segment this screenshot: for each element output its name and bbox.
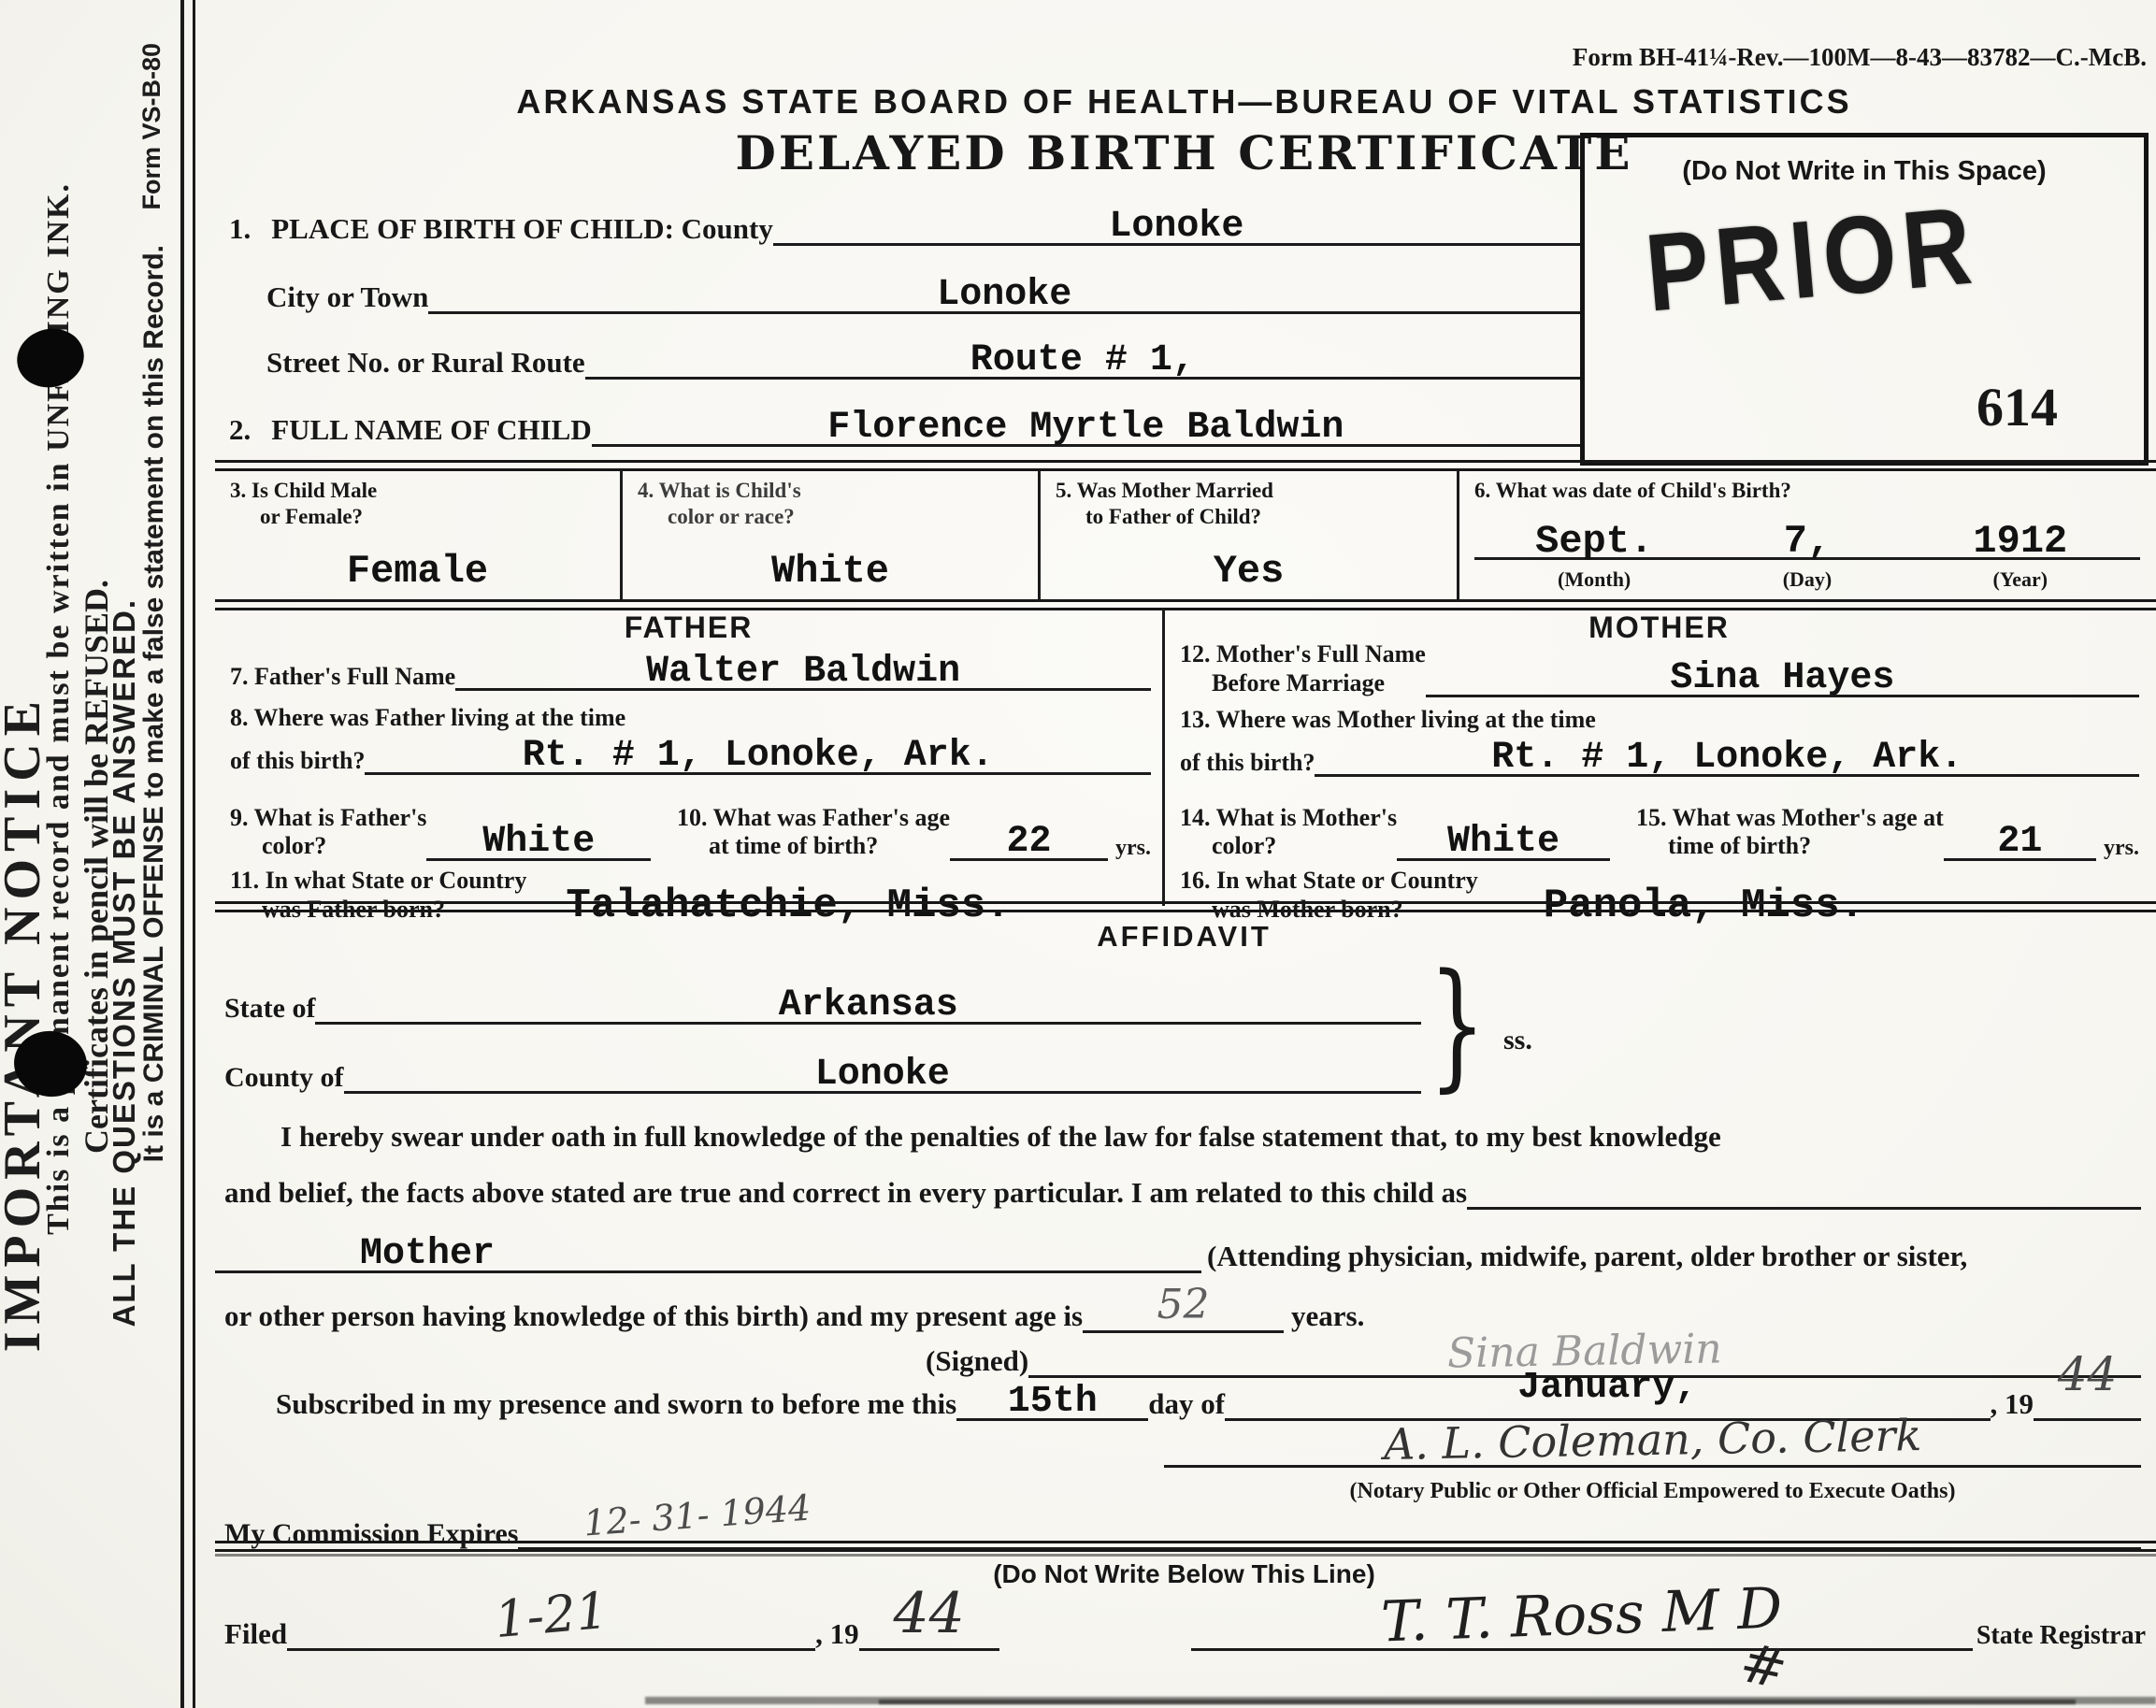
notary-caption: (Notary Public or Other Official Empower… <box>1164 1479 2141 1504</box>
q6-year-caption: (Year) <box>1901 567 2140 592</box>
county-label: PLACE OF BIRTH OF CHILD: County <box>271 212 773 246</box>
affidavit-header: AFFIDAVIT <box>215 920 2153 954</box>
q12-label-line1: 12. Mother's Full Name <box>1180 640 1426 667</box>
mother-name-row: 12. Mother's Full Name Before Marriage S… <box>1180 640 2139 697</box>
cell-birthdate: 6. What was date of Child's Birth? Sept.… <box>1457 470 2153 601</box>
street-label: Street No. or Rural Route <box>266 346 585 380</box>
notary-signature-line: A. L. Coleman, Co. Clerk <box>1164 1414 2141 1468</box>
q9-label-line2: color? <box>230 832 426 861</box>
filed-year-line: 44 <box>859 1583 999 1651</box>
county-of-label: County of <box>224 1062 344 1094</box>
hole-punch-top <box>11 322 91 395</box>
q8-label-line1: 8. Where was Father living at the time <box>230 704 625 732</box>
day-value: 15th <box>1008 1381 1098 1423</box>
q6-month-caption: (Month) <box>1474 567 1714 592</box>
commission-value: 12- 31- 1944 <box>582 1487 812 1544</box>
mother-living-label-row: 13. Where was Mother living at the time <box>1180 706 1596 734</box>
q16-label-line1: 16. In what State or Country <box>1180 867 1478 894</box>
mother-color-line: White <box>1397 816 1610 861</box>
age-line: 52 <box>1083 1283 1284 1333</box>
q11-label-line1: 11. In what State or Country <box>230 867 526 894</box>
q3-label-line1: 3. Is Child Male <box>230 479 377 502</box>
signed-label: (Signed) <box>926 1344 1028 1378</box>
notary-signature-value: A. L. Coleman, Co. Clerk <box>1383 1410 1921 1470</box>
mother-age-line: 21 <box>1944 816 2096 861</box>
day-line: 15th <box>956 1376 1148 1421</box>
affidavit-para1: I hereby swear under oath in full knowle… <box>280 1120 1721 1154</box>
do-not-write-box: (Do Not Write in This Space) PRIOR 614 <box>1580 133 2149 466</box>
q13-label-line1: 13. Where was Mother living at the time <box>1180 706 1596 734</box>
mother-color-age-row: 14. What is Mother's color? White 15. Wh… <box>1180 794 2139 861</box>
subscribed-label: Subscribed in my presence and sworn to b… <box>276 1387 956 1421</box>
q3-label-line2: or Female? <box>230 504 620 530</box>
q3-value: Female <box>215 549 620 594</box>
margin-criminal-offense-note: It is a CRIMINAL OFFENSE to make a false… <box>138 245 170 1162</box>
state-row: State of Arkansas <box>224 980 1421 1025</box>
cell-married: 5. Was Mother Married to Father of Child… <box>1038 470 1457 601</box>
month-value: January, <box>1517 1367 1697 1409</box>
father-living-row: of this birth? Rt. # 1, Lonoke, Ark. <box>230 736 1151 775</box>
city-line: Lonoke <box>428 269 1580 314</box>
q10-label-line2: at time of birth? <box>677 832 950 861</box>
registrar-signature-line: T. T. Ross M D <box>1191 1583 1973 1651</box>
parents-section: FATHER MOTHER 7. Father's Full Name Walt… <box>215 609 2153 906</box>
state-value: Arkansas <box>779 984 958 1026</box>
year-value: 44 <box>2058 1347 2118 1401</box>
q10-suffix: yrs. <box>1115 836 1151 861</box>
filed-row: Filed 1-21 , 19 44 T. T. Ross M D State … <box>224 1582 2146 1651</box>
left-border-inner-line <box>193 0 195 1708</box>
cell-sex: 3. Is Child Male or Female? Female <box>215 470 620 601</box>
state-label: State of <box>224 993 315 1025</box>
mother-age-group: 15. What was Mother's age at time of bir… <box>1636 804 2139 861</box>
relation-line: Mother <box>215 1228 1201 1273</box>
q4-label-line1: 4. What is Child's <box>638 479 801 502</box>
q8-label-line2: of this birth? <box>230 747 365 775</box>
relation-value: Mother <box>360 1233 495 1275</box>
year-line: 44 <box>2034 1364 2141 1421</box>
footer-rule <box>215 1541 2156 1552</box>
ss-brace: } <box>1429 955 1486 1094</box>
q4-label-line2: color or race? <box>638 504 1038 530</box>
county-value: Lonoke <box>1109 206 1243 248</box>
cell-race: 4. What is Child's color or race? White <box>620 470 1038 601</box>
filed-date-line: 1-21 <box>287 1589 815 1651</box>
child-name-line: Florence Myrtle Baldwin <box>592 402 1580 447</box>
affidavit-para3: (Attending physician, midwife, parent, o… <box>1207 1240 1967 1273</box>
q10-value: 22 <box>1007 821 1052 863</box>
field-2-number: 2. <box>229 413 251 447</box>
q6-day-caption: (Day) <box>1714 567 1900 592</box>
state-line: Arkansas <box>315 980 1421 1025</box>
city-label: City or Town <box>266 280 428 314</box>
q5-label-line1: 5. Was Mother Married <box>1056 479 1273 502</box>
q12-value: Sina Hayes <box>1670 657 1894 699</box>
county-of-value: Lonoke <box>815 1054 950 1096</box>
q15-value: 21 <box>1997 821 2042 863</box>
mother-birthplace-row: 16. In what State or Country was Mother … <box>1180 867 2139 924</box>
filed-date-value: 1-21 <box>492 1581 610 1649</box>
q6-label: 6. What was date of Child's Birth? <box>1474 478 2153 504</box>
mother-color-group: 14. What is Mother's color? White <box>1180 804 1610 861</box>
board-title: ARKANSAS STATE BOARD OF HEALTH—BUREAU OF… <box>215 82 2153 122</box>
city-value: Lonoke <box>937 274 1071 316</box>
father-age-group: 10. What was Father's age at time of bir… <box>677 804 1151 861</box>
margin-questions-note: ALL THE QUESTIONS MUST BE ANSWERED. <box>107 598 142 1328</box>
affidavit-para2: and belief, the facts above stated are t… <box>224 1176 1467 1210</box>
county-line: Lonoke <box>773 201 1580 246</box>
q6-day-value: 7, <box>1714 519 1900 564</box>
registrar-signature-value: T. T. Ross M D <box>1380 1576 1783 1656</box>
q4-value: White <box>623 549 1038 594</box>
do-not-write-caption: (Do Not Write in This Space) <box>1585 156 2144 187</box>
footer-rule-faint <box>215 1554 2156 1557</box>
q10-label-line1: 10. What was Father's age <box>677 804 950 831</box>
q14-label-line1: 14. What is Mother's <box>1180 804 1397 831</box>
field-1-number: 1. <box>229 212 251 246</box>
q14-value: White <box>1447 821 1560 863</box>
county-of-line: Lonoke <box>344 1049 1421 1094</box>
city-row: City or Town Lonoke <box>266 269 1580 314</box>
q6-month-value: Sept. <box>1474 519 1714 564</box>
street-line: Route # 1, <box>585 335 1580 380</box>
father-name-line: Walter Baldwin <box>455 646 1151 691</box>
notary-signature-row: A. L. Coleman, Co. Clerk <box>1164 1414 2141 1468</box>
father-living-label-row: 8. Where was Father living at the time <box>230 704 625 732</box>
q14-label-line2: color? <box>1180 832 1397 861</box>
father-header: FATHER <box>215 610 1162 645</box>
father-birthplace-row: 11. In what State or Country was Father … <box>230 867 1151 924</box>
q9-label-line1: 9. What is Father's <box>230 804 426 831</box>
prior-stamp: PRIOR <box>1641 181 1983 337</box>
child-name-value: Florence Myrtle Baldwin <box>827 407 1344 449</box>
q5-label-line2: to Father of Child? <box>1056 504 1457 530</box>
q7-label: 7. Father's Full Name <box>230 663 455 691</box>
relation-row: Mother (Attending physician, midwife, pa… <box>215 1227 2143 1273</box>
margin-form-vs-number: Form VS-B-80 <box>137 43 166 210</box>
affidavit-para2-row: and belief, the facts above stated are t… <box>224 1167 2141 1210</box>
father-color-group: 9. What is Father's color? White <box>230 804 651 861</box>
child-name-label: FULL NAME OF CHILD <box>271 413 591 447</box>
q13-label-line2: of this birth? <box>1180 749 1315 777</box>
form-number: Form BH-41¼-Rev.—100M—8-43—83782—C.-McB. <box>1573 43 2147 72</box>
mother-name-line: Sina Hayes <box>1426 653 2139 697</box>
age-value: 52 <box>1157 1281 1210 1328</box>
bottom-scan-artifact-dark <box>879 1700 2076 1704</box>
child-name-row: 2. FULL NAME OF CHILD Florence Myrtle Ba… <box>229 400 1580 447</box>
county-of-row: County of Lonoke <box>224 1049 1421 1094</box>
county-row: 1. PLACE OF BIRTH OF CHILD: County Lonok… <box>229 201 1580 246</box>
q9-value: White <box>482 821 595 863</box>
q7-value: Walter Baldwin <box>646 651 960 693</box>
q15-label-line2: time of birth? <box>1636 832 1944 861</box>
certificate-number: 614 <box>1976 376 2058 438</box>
q6-year-value: 1912 <box>1901 519 2140 564</box>
rule-above-affidavit <box>215 901 2156 912</box>
q12-label-line2: Before Marriage <box>1180 669 1426 698</box>
filed-label: Filed <box>224 1617 287 1651</box>
birthdate-line: Sept. 7, 1912 <box>1474 512 2140 560</box>
q15-suffix: yrs. <box>2104 836 2139 861</box>
delayed-birth-certificate-scan: IMPORTANT NOTICE This is a permanent rec… <box>0 0 2156 1708</box>
father-living-line: Rt. # 1, Lonoke, Ark. <box>365 730 1151 775</box>
mother-living-line: Rt. # 1, Lonoke, Ark. <box>1315 732 2139 777</box>
left-border-outer-line <box>180 0 184 1708</box>
father-age-line: 22 <box>950 816 1108 861</box>
child-questions-grid: 3. Is Child Male or Female? Female 4. Wh… <box>215 470 2153 601</box>
q15-label-line1: 15. What was Mother's age at <box>1636 804 1944 831</box>
q8-value: Rt. # 1, Lonoke, Ark. <box>523 735 994 777</box>
registrar-label: State Registrar <box>1976 1621 2146 1651</box>
parents-divider <box>1162 609 1165 906</box>
street-row: Street No. or Rural Route Route # 1, <box>266 335 1580 380</box>
related-as-line-start <box>1467 1207 2141 1210</box>
ss-label: ss. <box>1503 1025 1532 1056</box>
filed-year-prefix: , 19 <box>815 1617 859 1651</box>
street-value: Route # 1, <box>970 339 1195 381</box>
father-color-age-row: 9. What is Father's color? White 10. Wha… <box>230 794 1151 861</box>
q5-value: Yes <box>1041 549 1457 594</box>
birthdate-captions: (Month) (Day) (Year) <box>1474 567 2140 592</box>
mother-living-row: of this birth? Rt. # 1, Lonoke, Ark. <box>1180 738 2139 777</box>
father-name-row: 7. Father's Full Name Walter Baldwin <box>230 648 1151 691</box>
filed-year-value: 44 <box>893 1581 964 1646</box>
q13-value: Rt. # 1, Lonoke, Ark. <box>1491 737 1962 779</box>
father-color-line: White <box>426 816 651 861</box>
